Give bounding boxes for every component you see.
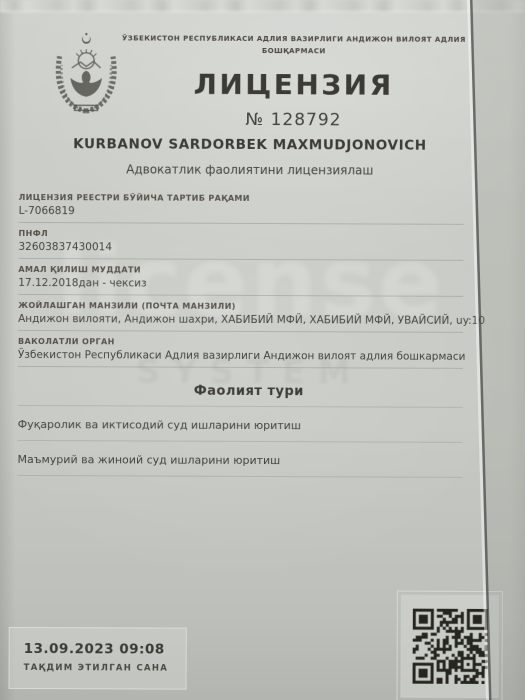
license-document-photo: license SYSTEM ЎЗБЕКИСТОН РЕСПУБЛИКАСИ А… (0, 0, 525, 700)
field-value: Андижон вилояти, Андижон шахри, ХАБИБИЙ … (18, 313, 463, 327)
field-value: L-7066819 (19, 205, 464, 219)
field-value: Ўзбекистон Республикаси Адлия вазирлиги … (18, 349, 463, 363)
license-number: № 128792 (121, 109, 466, 131)
field-label: ЖОЙЛАШГАН МАНЗИЛИ (ПОЧТА МАНЗИЛИ) (18, 301, 463, 312)
submitted-datetime: 13.09.2023 09:08 (24, 641, 186, 658)
holder-name: KURBANOV SARDORBEK MAXMUDJONOVICH (16, 136, 484, 154)
field-label: ВАКОЛАТЛИ ОРГАН (18, 337, 463, 348)
submitted-date-box: 13.09.2023 09:08 ТАҚДИМ ЭТИЛГАН САНА (9, 627, 187, 690)
activity-section-title: Фаолият тури (15, 383, 483, 400)
activity-list: Фуқаролик ва иктисодий суд ишларини юрит… (17, 405, 462, 478)
qr-code-icon (412, 609, 487, 684)
uzbekistan-coat-of-arms-icon (50, 30, 122, 114)
activity-item: Маъмурий ва жиноий суд ишларини юритиш (17, 441, 462, 478)
field-address: ЖОЙЛАШГАН МАНЗИЛИ (ПОЧТА МАНЗИЛИ) Андижо… (18, 301, 463, 333)
field-authorized-body: ВАКОЛАТЛИ ОРГАН Ўзбекистон Республикаси … (18, 337, 463, 369)
field-label: ПНФЛ (18, 229, 463, 240)
authority-name-line1: ЎЗБЕКИСТОН РЕСПУБЛИКАСИ АДЛИЯ ВАЗИРЛИГИ … (121, 32, 466, 46)
field-label: АМАЛ ҚИЛИШ МУДДАТИ (18, 265, 463, 276)
field-registry-number: ЛИЦЕНЗИЯ РЕЕСТРИ БЎЙИЧА ТАРТИБ РАҚАМИ L-… (19, 193, 464, 225)
license-title: ЛИЦЕНЗИЯ (121, 67, 466, 102)
field-validity-period: АМАЛ ҚИЛИШ МУДДАТИ 17.12.2018дан - чекси… (18, 265, 463, 297)
field-value: 32603837430014 (18, 241, 463, 255)
document-header: ЎЗБЕКИСТОН РЕСПУБЛИКАСИ АДЛИЯ ВАЗИРЛИГИ … (121, 32, 466, 131)
field-label: ЛИЦЕНЗИЯ РЕЕСТРИ БЎЙИЧА ТАРТИБ РАҚАМИ (19, 193, 464, 204)
license-type: Адвокатлик фаолиятини лицензиялаш (16, 162, 484, 178)
qr-sticker (400, 595, 498, 698)
submitted-date-label: ТАҚДИМ ЭТИЛГАН САНА (24, 663, 186, 674)
field-pinfl: ПНФЛ 32603837430014 (18, 229, 463, 261)
field-value: 17.12.2018дан - чексиз (18, 277, 463, 291)
authority-name-line2: БОШҚАРМАСИ (121, 44, 466, 58)
activity-item: Фуқаролик ва иктисодий суд ишларини юрит… (18, 406, 463, 443)
license-page: license SYSTEM ЎЗБЕКИСТОН РЕСПУБЛИКАСИ А… (0, 0, 525, 700)
license-fields: ЛИЦЕНЗИЯ РЕЕСТРИ БЎЙИЧА ТАРТИБ РАҚАМИ L-… (18, 193, 464, 375)
